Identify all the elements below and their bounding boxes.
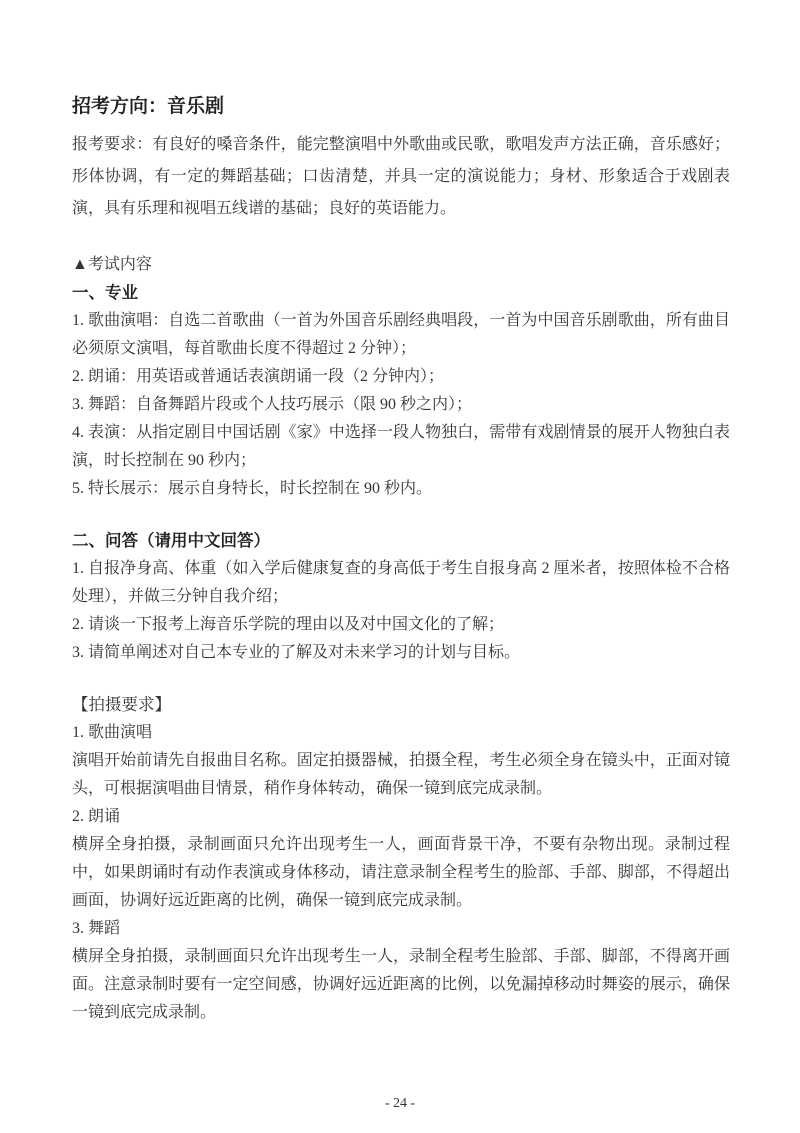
exam-content-heading: ▲考试内容 xyxy=(72,251,730,279)
list-item: 1. 歌曲演唱：自选二首歌曲（一首为外国音乐剧经典唱段，一首为中国音乐剧歌曲，所… xyxy=(72,307,730,363)
shooting-paragraph: 横屏全身拍摄，录制画面只允许出现考生一人，画面背景干净，不要有杂物出现。录制过程… xyxy=(72,831,730,915)
shooting-subtitle: 1. 歌曲演唱 xyxy=(72,719,730,747)
shooting-paragraph: 演唱开始前请先自报曲目名称。固定拍摄器械，拍摄全程，考生必须全身在镜头中，正面对… xyxy=(72,747,730,803)
list-item: 3. 请简单阐述对自己本专业的了解及对未来学习的计划与目标。 xyxy=(72,639,730,667)
page-title: 招考方向：音乐剧 xyxy=(72,94,730,120)
shooting-paragraph: 横屏全身拍摄，录制画面只允许出现考生一人，录制全程考生脸部、手部、脚部，不得离开… xyxy=(72,943,730,1027)
page-content: 招考方向：音乐剧 报考要求：有良好的嗓音条件，能完整演唱中外歌曲或民歌，歌唱发声… xyxy=(0,0,800,1027)
page-number: - 24 - xyxy=(0,1096,800,1112)
list-item: 5. 特长展示：展示自身特长，时长控制在 90 秒内。 xyxy=(72,475,730,503)
document-page: 招考方向：音乐剧 报考要求：有良好的嗓音条件，能完整演唱中外歌曲或民歌，歌唱发声… xyxy=(0,0,800,1133)
list-item: 2. 朗诵：用英语或普通话表演朗诵一段（2 分钟内）； xyxy=(72,363,730,391)
shooting-subtitle: 2. 朗诵 xyxy=(72,803,730,831)
shooting-subtitle: 3. 舞蹈 xyxy=(72,915,730,943)
list-item: 4. 表演：从指定剧目中国话剧《家》中选择一段人物独白，需带有戏剧情景的展开人物… xyxy=(72,419,730,475)
section-heading-shooting: 【拍摄要求】 xyxy=(72,691,730,719)
list-item: 2. 请谈一下报考上海音乐学院的理由以及对中国文化的了解； xyxy=(72,611,730,639)
list-item: 3. 舞蹈：自备舞蹈片段或个人技巧展示（限 90 秒之内）； xyxy=(72,391,730,419)
application-requirements-paragraph: 报考要求：有良好的嗓音条件，能完整演唱中外歌曲或民歌，歌唱发声方法正确，音乐感好… xyxy=(72,129,730,225)
list-item: 1. 自报净身高、体重（如入学后健康复查的身高低于考生自报身高 2 厘米者，按照… xyxy=(72,555,730,611)
section-heading-major: 一、专业 xyxy=(72,279,730,307)
section-heading-qa: 二、问答（请用中文回答） xyxy=(72,527,730,555)
